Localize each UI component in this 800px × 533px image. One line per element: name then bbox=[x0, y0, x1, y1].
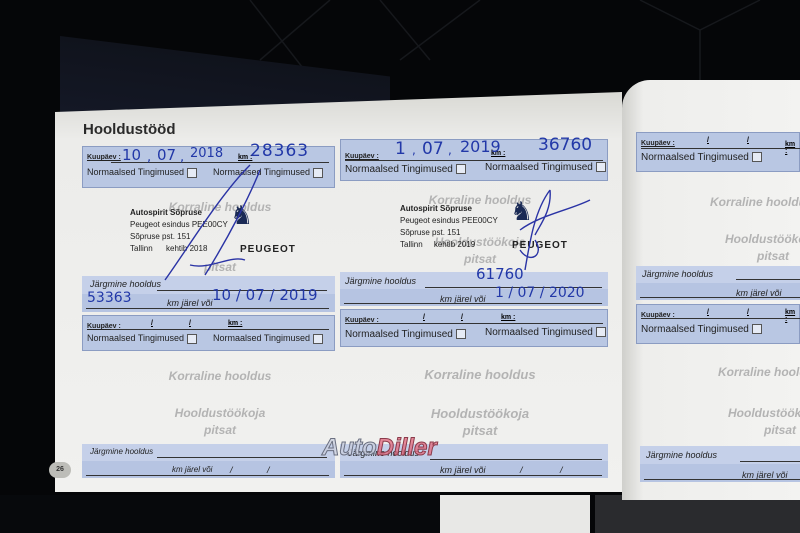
handwritten-year: 2018 bbox=[190, 146, 223, 161]
dealer-stamp-2018: Autospirit Sõpruse Peugeot esindus PEE00… bbox=[130, 207, 228, 255]
handwritten-year: 2019 bbox=[460, 137, 501, 156]
service-entry-middle-2: Kuupäev : / / km : Normaalsed Tingimused… bbox=[340, 309, 608, 347]
placeholder-stamp: pitsat bbox=[120, 260, 320, 274]
page-title: Hooldustööd bbox=[83, 121, 175, 138]
next-service-left-2: Järgmine hooldus km järel või / / bbox=[82, 444, 335, 478]
handwritten-next-km: 61760 bbox=[476, 265, 524, 283]
page-number: 26 bbox=[49, 462, 71, 478]
normal-conditions-checkbox[interactable] bbox=[596, 327, 606, 337]
next-service-label: Järgmine hooldus bbox=[90, 279, 161, 289]
placeholder-regular-service: Korraline hooldus bbox=[710, 195, 800, 209]
normal-conditions-checkbox[interactable] bbox=[313, 334, 323, 344]
service-entry-right-2: Kuupäev : / / km : Normaalsed Tingimused bbox=[636, 304, 800, 344]
normal-conditions-checkbox[interactable] bbox=[456, 164, 466, 174]
handwritten-next-date: 1 / 07 / 2020 bbox=[495, 285, 585, 301]
placeholder-regular-service: Korraline hooldus bbox=[718, 365, 800, 379]
normal-conditions-checkbox[interactable] bbox=[752, 152, 762, 162]
handwritten-day: 10 bbox=[122, 146, 141, 164]
placeholder-stamp-2: pitsat bbox=[380, 252, 580, 266]
handwritten-next-km: 53363 bbox=[87, 290, 132, 306]
handwritten-month: 07 bbox=[157, 146, 176, 164]
next-service-right-2: Järgmine hooldus km järel või bbox=[640, 446, 800, 482]
dealer-stamp-2019: Autospirit Sõpruse Peugeot esindus PEE00… bbox=[400, 203, 498, 251]
next-service-right-1: Järgmine hooldus km järel või bbox=[636, 266, 800, 300]
handwritten-km: 36760 bbox=[538, 135, 592, 155]
peugeot-lion-icon: ♞ bbox=[230, 209, 253, 221]
service-entry-left-2: Kuupäev : / / km : Normaalsed Tingimused… bbox=[82, 315, 335, 351]
handwritten-day: 1 bbox=[395, 139, 406, 159]
surface bbox=[0, 495, 440, 533]
handwritten-km: 28363 bbox=[250, 141, 309, 161]
fabric-surface bbox=[595, 495, 800, 533]
normal-conditions-checkbox[interactable] bbox=[752, 324, 762, 334]
paper-under bbox=[440, 495, 590, 533]
placeholder-stamp-1: Hooldustöökoja bbox=[120, 406, 320, 420]
placeholder-stamp-2: pitsat bbox=[757, 249, 800, 263]
normal-conditions-checkbox[interactable] bbox=[313, 168, 323, 178]
peugeot-lion-icon: ♞ bbox=[510, 205, 533, 217]
normal-conditions-checkbox[interactable] bbox=[187, 168, 197, 178]
normal-conditions-checkbox[interactable] bbox=[596, 162, 606, 172]
placeholder-stamp-1: Hooldustöökoja bbox=[728, 406, 800, 420]
normal-conditions-checkbox[interactable] bbox=[456, 329, 466, 339]
date-label: Kuupäev : bbox=[87, 154, 121, 161]
handwritten-month: 07 bbox=[422, 139, 444, 159]
placeholder-stamp-1: Hooldustöökoja bbox=[725, 232, 800, 246]
normal-conditions-checkbox[interactable] bbox=[187, 334, 197, 344]
service-entry-right-1: Kuupäev : / / km : Normaalsed Tingimused bbox=[636, 132, 800, 172]
km-or-label: km järel või bbox=[167, 298, 213, 308]
handwritten-next-date: 10 / 07 / 2019 bbox=[212, 286, 318, 304]
normal-conditions-label: Normaalsed Tingimused bbox=[87, 167, 184, 177]
placeholder-stamp-1: Hooldustöökoja bbox=[380, 406, 580, 421]
placeholder-stamp-2: pitsat bbox=[764, 423, 800, 437]
placeholder-regular-service: Korraline hooldus bbox=[120, 369, 320, 383]
autodiller-watermark: AutoDiller bbox=[322, 434, 437, 462]
placeholder-regular-service: Korraline hooldus bbox=[380, 367, 580, 382]
normal-conditions-label: Normaalsed Tingimused bbox=[213, 167, 310, 177]
placeholder-stamp-2: pitsat bbox=[120, 423, 320, 437]
